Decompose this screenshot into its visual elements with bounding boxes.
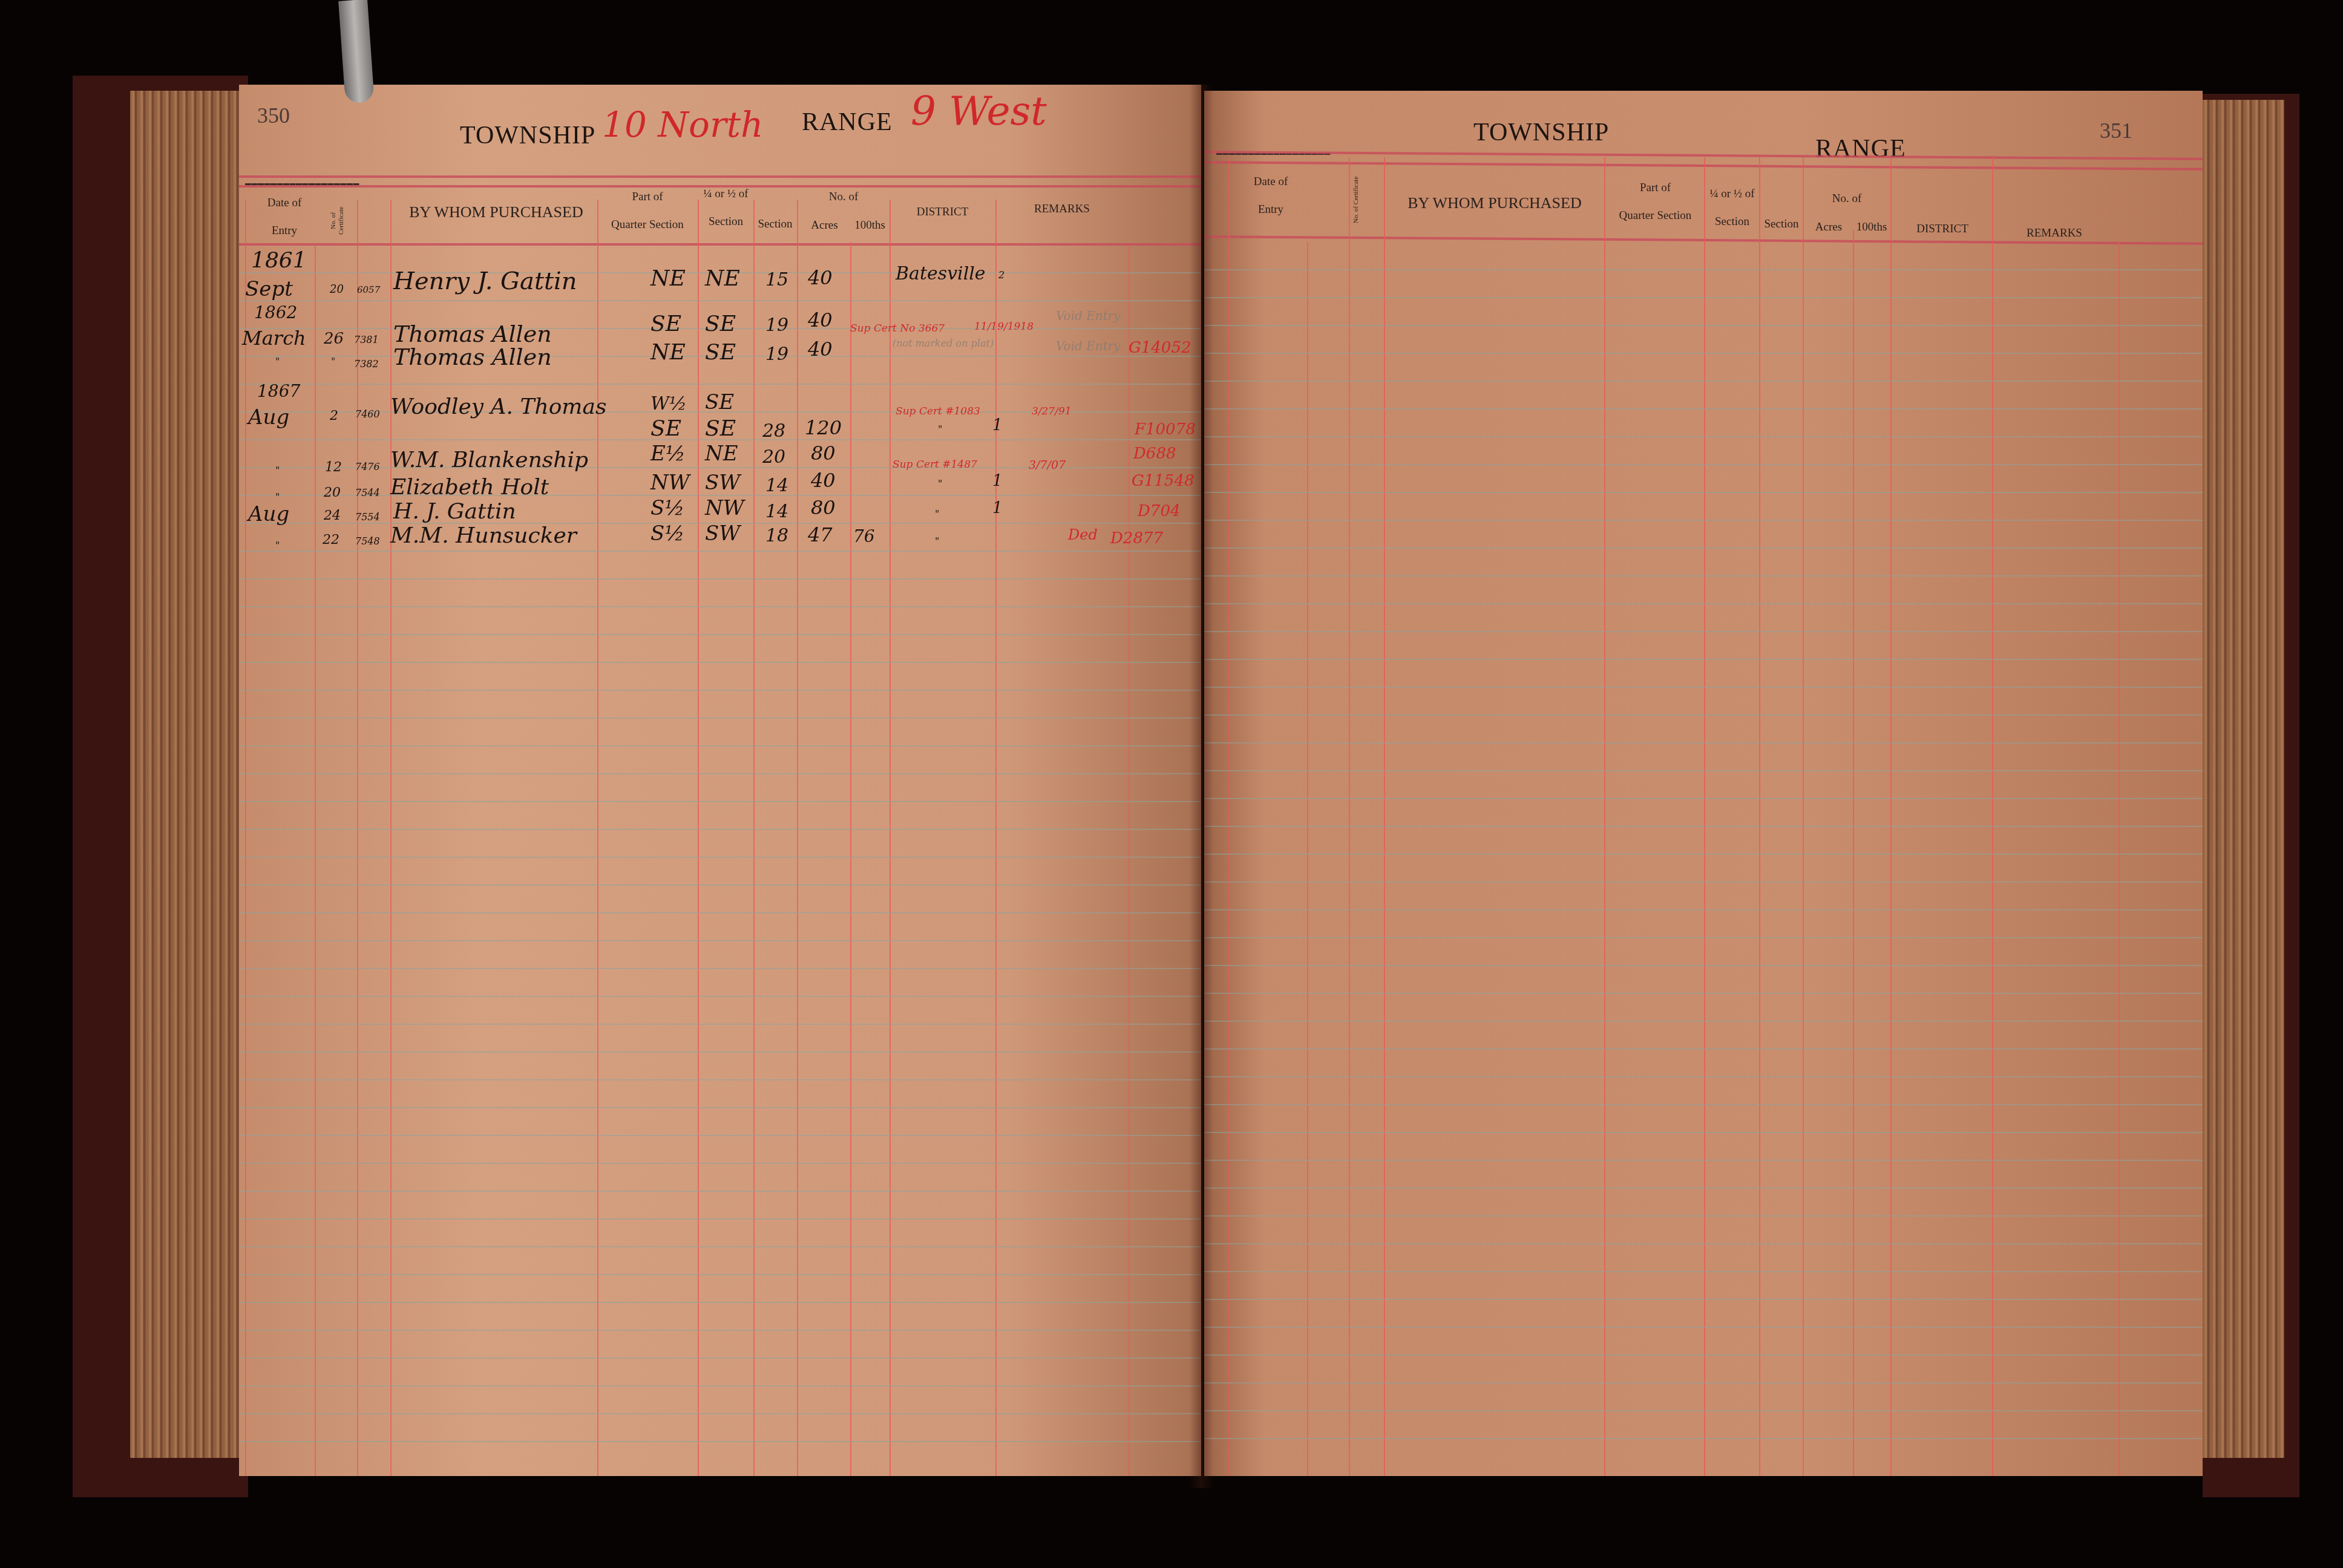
- entry-month: ": [275, 491, 280, 503]
- col-header-date: Date of Entry: [257, 197, 312, 238]
- entry-cert: 6057: [357, 284, 380, 295]
- col-rule: [1853, 230, 1854, 1476]
- ruled-line: [239, 801, 1201, 802]
- ruled-line: [239, 690, 1201, 691]
- range-value: 9 West: [911, 88, 1047, 134]
- col-header-no-of: No. of: [799, 191, 888, 204]
- range-label: RANGE: [1815, 134, 1906, 163]
- ruled-line: [1204, 464, 2203, 465]
- entry-part: SE: [650, 416, 681, 441]
- entry-section: 18: [765, 525, 788, 546]
- entry-part: NE: [650, 340, 686, 365]
- ruled-line: [1204, 1076, 2203, 1077]
- entry-ditto: 2: [998, 269, 1004, 281]
- entry-part: S½: [650, 496, 684, 520]
- col-rule: [1604, 157, 1605, 1476]
- col-rule: [315, 245, 316, 1476]
- entry-quarter: SW: [705, 471, 740, 495]
- col-rule: [2119, 242, 2120, 1476]
- ruled-line: [239, 996, 1201, 997]
- entry-quarter: NE: [705, 266, 740, 291]
- ruled-line: [239, 634, 1201, 635]
- ruled-line: [239, 968, 1201, 969]
- entry-quarter: SE: [705, 416, 736, 441]
- ruled-line: [239, 1385, 1201, 1387]
- ruled-line: [239, 1135, 1201, 1136]
- col-header-hundredths: 100ths: [1853, 221, 1890, 235]
- col-header-quarter-half: ¼ or ½ of Section: [700, 188, 752, 229]
- remark-pencil: Void Entry: [1056, 339, 1121, 353]
- entry-part: SE: [650, 312, 681, 336]
- ruled-line: [1204, 687, 2203, 688]
- ruled-line: [1204, 909, 2203, 910]
- entry-ditto: 1: [992, 416, 1003, 434]
- ruled-line: [1204, 575, 2203, 577]
- col-rule: [1992, 157, 1993, 1476]
- ruled-line: [239, 300, 1201, 301]
- ruled-line: [1204, 1021, 2203, 1022]
- entry-month: ": [275, 356, 280, 367]
- ruled-line: [1204, 520, 2203, 521]
- entry-day: 2: [330, 408, 338, 423]
- ruled-line: [239, 1079, 1201, 1080]
- entry-quarter: NE: [705, 442, 738, 466]
- entry-month: Aug: [248, 405, 289, 430]
- entry-part: S½: [650, 521, 684, 546]
- remark-code: D704: [1138, 502, 1180, 520]
- ruled-line: [1204, 408, 2203, 410]
- col-rule: [797, 200, 798, 1476]
- entry-section: 15: [765, 269, 788, 290]
- entry-name: Woodley A. Thomas: [390, 394, 606, 419]
- ruled-line: [1204, 937, 2203, 938]
- page-number-left: 350: [257, 103, 290, 128]
- col-header-district: DISTRICT: [893, 206, 992, 220]
- ruled-line: [1204, 1187, 2203, 1189]
- entry-day: 20: [330, 283, 344, 296]
- col-rule: [245, 200, 246, 1476]
- entry-quarter: SE: [705, 340, 736, 365]
- left-page: 350 TOWNSHIP 10 North RANGE 9 West ▬▬▬▬▬…: [239, 85, 1201, 1476]
- ruled-line: [1204, 1271, 2203, 1272]
- entry-district: ": [938, 423, 942, 435]
- col-header-date: Date of Entry: [1240, 175, 1301, 217]
- ruled-line: [239, 884, 1201, 886]
- entry-name: Thomas Allen: [393, 344, 552, 370]
- township-value: 10 North: [602, 104, 763, 145]
- entry-acres: 47: [808, 523, 833, 546]
- entry-section: 14: [765, 501, 788, 522]
- entry-day: 26: [324, 330, 344, 348]
- ruled-line: [1204, 714, 2203, 716]
- entry-section: 20: [762, 446, 785, 468]
- entry-section: 28: [762, 420, 785, 442]
- ruled-line: [1204, 854, 2203, 855]
- entry-section: 19: [765, 315, 788, 336]
- ruled-line: [239, 717, 1201, 719]
- col-header-purchaser: BY WHOM PURCHASED: [399, 203, 593, 221]
- ruled-line: [1204, 547, 2203, 549]
- remark-code: G14052: [1129, 339, 1191, 357]
- col-header-quarter-half: ¼ or ½ of Section: [1706, 188, 1758, 229]
- col-header-cert: No. of Certificate: [330, 200, 354, 242]
- remark-red: Sup Cert #1487: [893, 459, 977, 471]
- entry-acres: 80: [811, 442, 836, 465]
- entry-month: ": [275, 465, 280, 476]
- ruled-line: [1204, 742, 2203, 743]
- entry-ditto: 1: [992, 499, 1003, 517]
- entry-ditto: 1: [992, 472, 1003, 490]
- col-header-no-of: No. of: [1804, 192, 1889, 206]
- entry-quarter: SE: [705, 312, 736, 336]
- col-header-part: Part of Quarter Section: [602, 191, 693, 232]
- ruled-line: [239, 857, 1201, 858]
- entry-hundredths: 76: [853, 526, 875, 546]
- col-rule: [1803, 157, 1804, 1476]
- entry-district: ": [935, 508, 939, 520]
- right-page: 351 TOWNSHIP RANGE ▬▬▬▬▬▬▬▬▬▬▬▬▬▬▬▬▬▬ Da…: [1204, 91, 2203, 1476]
- ruled-line: [1204, 1048, 2203, 1050]
- book-gutter: [1189, 85, 1213, 1488]
- col-rule: [357, 200, 358, 1476]
- col-rule: [995, 200, 997, 1476]
- entry-acres: 120: [805, 416, 842, 439]
- ruled-line: [239, 773, 1201, 774]
- col-header-remarks: REMARKS: [998, 203, 1126, 217]
- col-header-part: Part of Quarter Section: [1608, 181, 1702, 223]
- entry-month: Sept: [245, 277, 293, 301]
- entry-acres: 40: [808, 266, 833, 289]
- entry-name: Elizabeth Holt: [390, 475, 549, 500]
- col-rule: [890, 200, 891, 1476]
- entry-month: Aug: [248, 502, 289, 526]
- remark-code: F10078: [1135, 420, 1196, 439]
- township-label: TOWNSHIP: [460, 121, 595, 150]
- remark-code: G11548: [1132, 472, 1194, 490]
- range-label: RANGE: [802, 108, 893, 137]
- col-rule: [1890, 157, 1892, 1476]
- remark-code: D2877: [1110, 529, 1163, 547]
- entry-month: March: [242, 327, 306, 350]
- entry-cert: 7476: [355, 461, 380, 472]
- ruled-line: [1204, 1132, 2203, 1133]
- entry-part: W½: [650, 393, 687, 414]
- entry-acres: 80: [811, 496, 836, 519]
- entry-cert: 7460: [355, 408, 380, 420]
- entry-quarter: SE: [705, 390, 734, 414]
- ruled-line: [239, 1357, 1201, 1359]
- ruled-line: [1204, 325, 2203, 326]
- ruled-line: [239, 1024, 1201, 1025]
- entry-district: ": [938, 478, 942, 489]
- ruled-line: [239, 1163, 1201, 1164]
- entry-acres: 40: [808, 309, 833, 332]
- ruled-line: [239, 912, 1201, 913]
- ruled-line: [1204, 297, 2203, 298]
- header-rule-bottom: [239, 243, 1201, 246]
- ruled-line: [1204, 1243, 2203, 1244]
- col-header-hundredths: 100ths: [850, 219, 890, 233]
- col-rule: [850, 242, 851, 1476]
- col-rule: [1349, 157, 1350, 1476]
- ruled-line: [1204, 770, 2203, 771]
- ruled-line: [239, 550, 1201, 552]
- col-rule: [390, 200, 392, 1476]
- remark-pencil: Void Entry: [1056, 309, 1121, 323]
- entry-day: ": [331, 356, 335, 367]
- year-marker: 1867: [257, 381, 300, 401]
- col-header-acres: Acres: [1804, 221, 1853, 235]
- year-marker: 1862: [254, 302, 297, 322]
- page-number-right: 351: [2100, 118, 2132, 143]
- page-stack-right: [2203, 100, 2284, 1458]
- ruled-line: [1204, 1215, 2203, 1217]
- col-header-section: Section: [755, 218, 796, 232]
- ruled-line: [1204, 269, 2203, 270]
- year-marker: 1861: [251, 248, 307, 273]
- ruled-line: [239, 1218, 1201, 1220]
- col-header-acres: Acres: [799, 219, 850, 233]
- ruled-line: [239, 829, 1201, 830]
- ruled-line: [239, 1330, 1201, 1331]
- remark-red: Sup Cert No 3667: [850, 322, 945, 335]
- ruled-line: [239, 1274, 1201, 1275]
- ruled-line: [1204, 993, 2203, 994]
- ruled-line: [1204, 1160, 2203, 1161]
- ruled-line: [1204, 1327, 2203, 1328]
- ruled-line: [1204, 492, 2203, 493]
- header-rule-top: [1204, 151, 2203, 160]
- ruled-line: [1204, 603, 2203, 604]
- ruled-line: [239, 384, 1201, 385]
- entry-district: Batesville: [896, 263, 986, 284]
- entry-day: 20: [324, 485, 341, 500]
- ruled-line: [1204, 1104, 2203, 1105]
- col-header-district: DISTRICT: [1894, 223, 1991, 237]
- ruled-line: [1204, 965, 2203, 966]
- entry-name: Henry J. Gattin: [393, 267, 577, 295]
- col-rule: [1384, 157, 1385, 1476]
- col-header-cert: No. of Certificate: [1352, 175, 1377, 224]
- ruled-line: [239, 1302, 1201, 1303]
- township-label: TOWNSHIP: [1473, 118, 1609, 147]
- ruled-line: [239, 1051, 1201, 1053]
- entry-cert: 7548: [355, 535, 380, 547]
- col-rule: [1129, 245, 1130, 1476]
- remark-code: D688: [1133, 445, 1176, 463]
- entry-cert: 7554: [355, 511, 380, 523]
- entry-cert: 7381: [354, 334, 379, 345]
- ruled-line: [239, 940, 1201, 941]
- entry-cert: 7382: [354, 358, 379, 370]
- entry-name: H. J. Gattin: [393, 499, 516, 524]
- ruled-line: [1204, 881, 2203, 883]
- entry-day: 22: [323, 532, 339, 547]
- col-rule: [1228, 157, 1230, 1476]
- remark-date: 11/19/1918: [974, 321, 1034, 333]
- ruled-line: [239, 1246, 1201, 1247]
- ruled-line: [239, 606, 1201, 607]
- col-header-remarks: REMARKS: [1997, 227, 2112, 241]
- entry-acres: 40: [808, 338, 833, 361]
- col-rule: [1759, 157, 1760, 1476]
- entry-quarter: SW: [705, 521, 740, 546]
- entry-cert: 7544: [355, 487, 380, 498]
- ruled-line: [1204, 1299, 2203, 1300]
- entry-part: E½: [650, 442, 686, 466]
- entry-month: ": [275, 540, 280, 551]
- col-header-section: Section: [1761, 218, 1802, 232]
- remark-red: Ded: [1068, 526, 1098, 543]
- ruled-line: [1204, 1382, 2203, 1383]
- ruled-line: [1204, 798, 2203, 799]
- ruled-line: [239, 1413, 1201, 1414]
- remark-red: Sup Cert #1083: [896, 405, 980, 417]
- entry-section: 14: [765, 475, 788, 496]
- entry-part: NW: [650, 471, 690, 495]
- ruled-line: [1204, 1438, 2203, 1439]
- ruled-line: [239, 745, 1201, 746]
- header-rule-top: [239, 175, 1201, 178]
- ruled-line: [1204, 1410, 2203, 1411]
- col-rule: [1704, 157, 1705, 1476]
- col-rule: [698, 200, 699, 1476]
- ruled-line: [1204, 353, 2203, 354]
- col-rule: [597, 200, 598, 1476]
- ruled-line: [239, 578, 1201, 580]
- entry-quarter: NW: [705, 496, 744, 520]
- entry-name: M.M. Hunsucker: [390, 523, 577, 548]
- remark-date: 3/7/07: [1029, 459, 1066, 472]
- remark-date: 3/27/91: [1032, 405, 1072, 417]
- col-header-purchaser: BY WHOM PURCHASED: [1389, 194, 1601, 212]
- entry-district: ": [935, 535, 939, 547]
- remark-note: (not marked on plat): [893, 338, 994, 349]
- entry-part: NE: [650, 266, 686, 291]
- entry-acres: 40: [811, 469, 836, 492]
- ruled-line: [1204, 436, 2203, 437]
- entry-section: 19: [765, 344, 788, 365]
- ruled-line: [239, 1441, 1201, 1442]
- entry-day: 24: [324, 508, 341, 523]
- col-rule: [753, 200, 755, 1476]
- entry-name: W.M. Blankenship: [390, 448, 588, 472]
- ruled-line: [1204, 826, 2203, 827]
- ruled-line: [1204, 659, 2203, 660]
- ruled-line: [1204, 1354, 2203, 1356]
- page-stack-left: [130, 91, 242, 1458]
- ruled-line: [239, 1191, 1201, 1192]
- col-rule: [1307, 242, 1308, 1476]
- header-rule-top-2: [1204, 161, 2203, 171]
- ruled-line: [239, 662, 1201, 663]
- entry-day: 12: [325, 460, 342, 475]
- ruled-line: [1204, 381, 2203, 382]
- ruled-line: [1204, 631, 2203, 632]
- ruled-line: [239, 1107, 1201, 1108]
